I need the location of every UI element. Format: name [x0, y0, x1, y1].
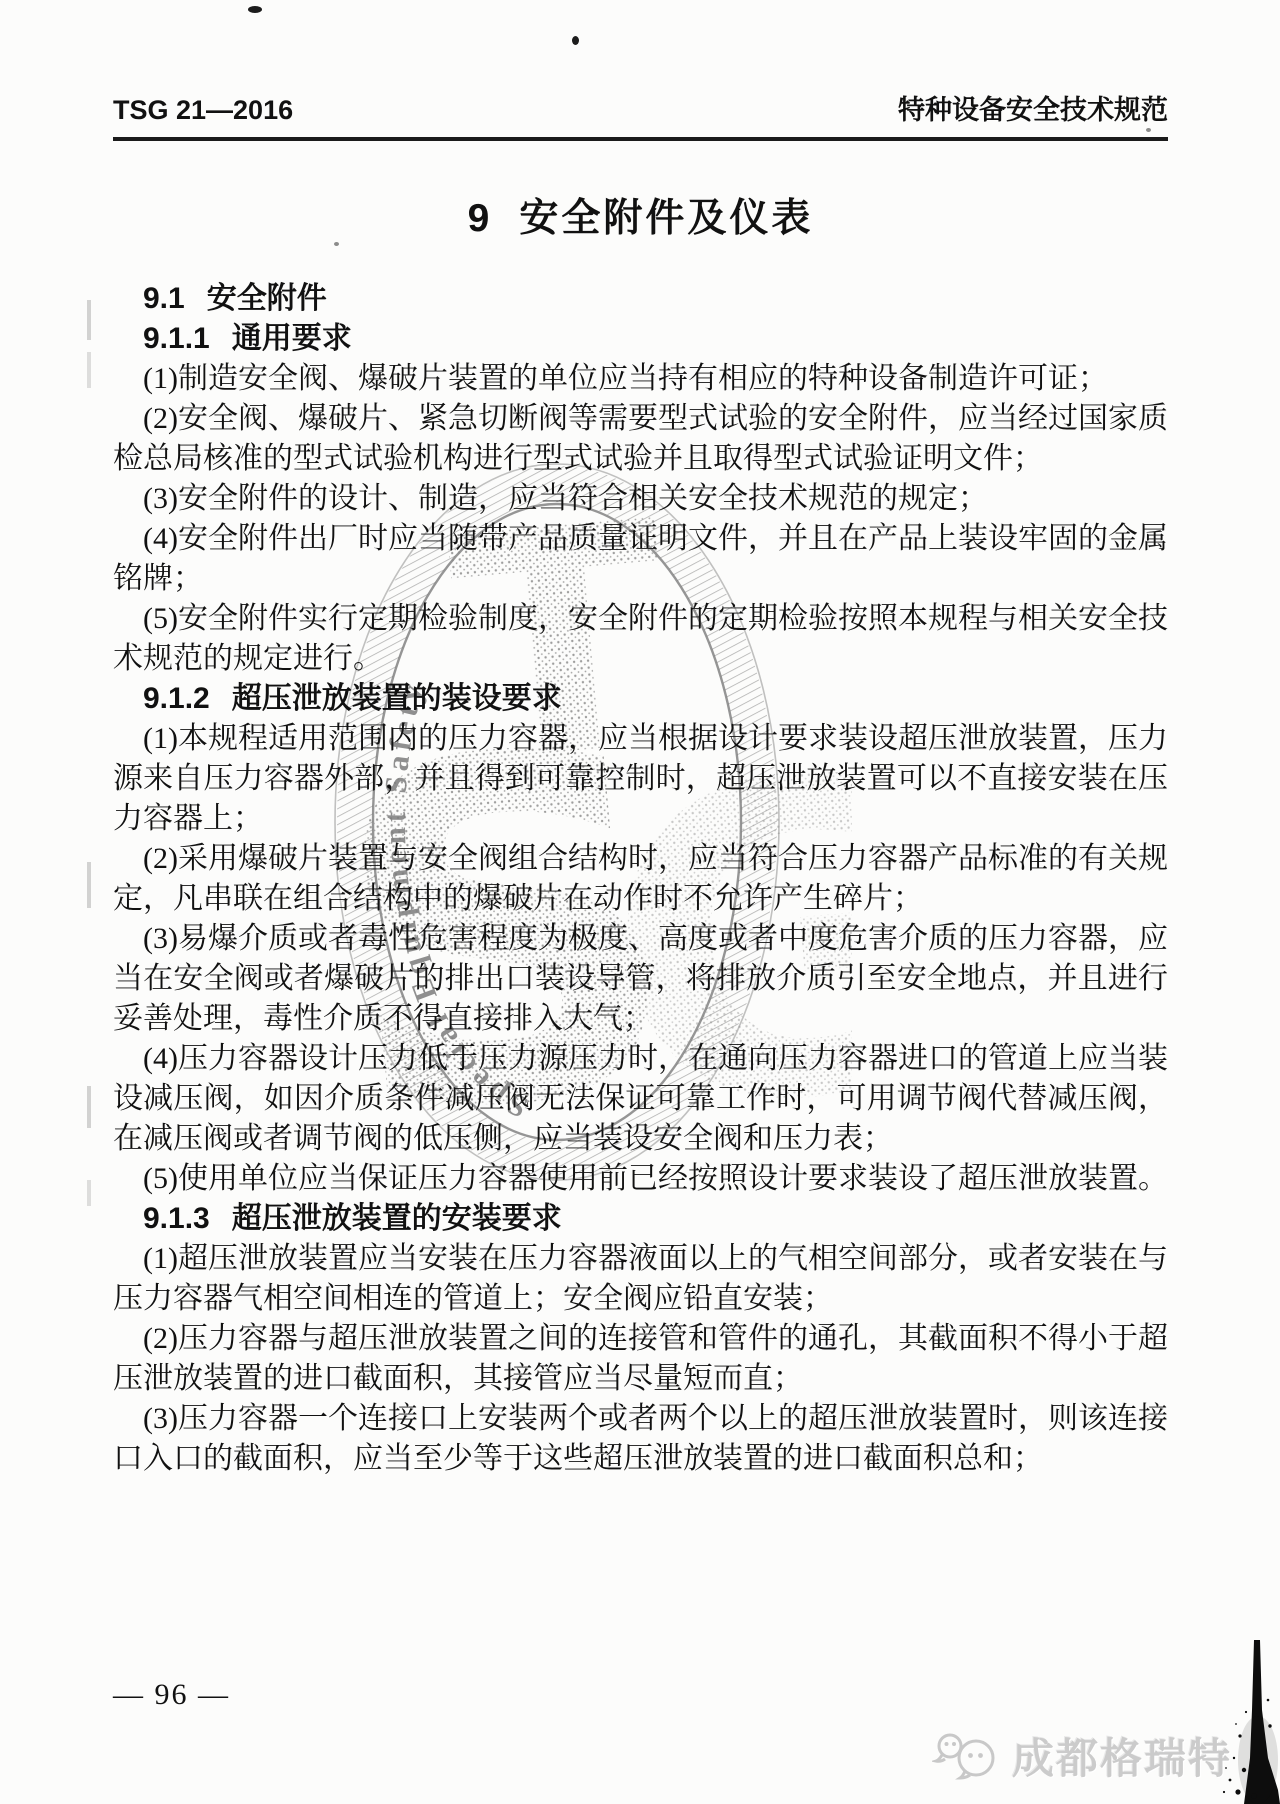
section-label: 超压泄放装置的安装要求 [232, 1202, 562, 1235]
scan-edge-mark [87, 300, 91, 340]
ink-smudge [1210, 1640, 1280, 1804]
scan-speck [572, 36, 579, 45]
clause-paragraph: (1)本规程适用范围内的压力容器，应当根据设计要求装设超压泄放装置，压力源来自压… [113, 719, 1168, 839]
chapter-number: 9 [468, 197, 490, 240]
page-content: TSG 21—2016 特种设备安全技术规范 9安全附件及仪表 9.1安全附件 … [113, 88, 1168, 1479]
chapter-title: 9安全附件及仪表 [113, 187, 1168, 243]
clause-paragraph: (2)采用爆破片装置与安全阀组合结构时，应当符合压力容器产品标准的有关规定，凡串… [113, 839, 1168, 919]
scan-speck [1146, 128, 1151, 132]
scan-speck [334, 242, 339, 246]
clause-paragraph: (3)易爆介质或者毒性危害程度为极度、高度或者中度危害介质的压力容器，应当在安全… [113, 919, 1168, 1039]
scan-speck [248, 6, 262, 13]
clause-paragraph: (1)制造安全阀、爆破片装置的单位应当持有相应的特种设备制造许可证； [113, 359, 1168, 399]
section-number: 9.1.3 [143, 1202, 210, 1235]
clause-paragraph: (5)安全附件实行定期检验制度，安全附件的定期检验按照本规程与相关安全技术规范的… [113, 599, 1168, 679]
clause-paragraph: (2)压力容器与超压泄放装置之间的连接管和管件的通孔，其截面积不得小于超压泄放装… [113, 1319, 1168, 1399]
scan-edge-mark [87, 862, 91, 908]
body-text: 9.1安全附件 9.1.1通用要求 (1)制造安全阀、爆破片装置的单位应当持有相… [113, 279, 1168, 1479]
section-label: 安全附件 [207, 282, 327, 315]
section-heading-9-1: 9.1安全附件 [113, 279, 1168, 319]
section-heading-9-1-3: 9.1.3超压泄放装置的安装要求 [113, 1199, 1168, 1239]
section-number: 9.1.2 [143, 682, 210, 715]
section-number: 9.1.1 [143, 322, 210, 355]
section-number: 9.1 [143, 282, 185, 315]
clause-paragraph: (3)安全附件的设计、制造，应当符合相关安全技术规范的规定； [113, 479, 1168, 519]
clause-paragraph: (4)压力容器设计压力低于压力源压力时，在通向压力容器进口的管道上应当装设减压阀… [113, 1039, 1168, 1159]
running-header: TSG 21—2016 特种设备安全技术规范 [113, 88, 1168, 141]
corner-logo-text: 成都格瑞特 [1012, 1726, 1232, 1786]
clause-paragraph: (4)安全附件出厂时应当随带产品质量证明文件，并且在产品上装设牢固的金属铭牌； [113, 519, 1168, 599]
clause-paragraph: (2)安全阀、爆破片、紧急切断阀等需要型式试验的安全附件，应当经过国家质检总局核… [113, 399, 1168, 479]
scan-edge-mark [87, 352, 91, 388]
wechat-icon [932, 1730, 1002, 1782]
section-label: 通用要求 [232, 322, 352, 355]
header-doc-code: TSG 21—2016 [113, 95, 293, 126]
page-number: — 96 — [113, 1678, 230, 1712]
section-label: 超压泄放装置的装设要求 [232, 682, 562, 715]
section-heading-9-1-2: 9.1.2超压泄放装置的装设要求 [113, 679, 1168, 719]
chapter-label: 安全附件及仪表 [519, 197, 813, 240]
clause-paragraph: (3)压力容器一个连接口上安装两个或者两个以上的超压泄放装置时，则该连接口入口的… [113, 1399, 1168, 1479]
clause-paragraph: (5)使用单位应当保证压力容器使用前已经按照设计要求装设了超压泄放装置。 [113, 1159, 1168, 1199]
scanned-document-page: T S G Special Equipment Safety TSG 21—20… [0, 0, 1280, 1804]
header-doc-category: 特种设备安全技术规范 [898, 88, 1168, 127]
clause-paragraph: (1)超压泄放装置应当安装在压力容器液面以上的气相空间部分，或者安装在与压力容器… [113, 1239, 1168, 1319]
corner-logo-watermark: 成都格瑞特 [932, 1726, 1232, 1786]
scan-edge-mark [87, 1180, 91, 1206]
scan-edge-mark [87, 1086, 91, 1128]
section-heading-9-1-1: 9.1.1通用要求 [113, 319, 1168, 359]
